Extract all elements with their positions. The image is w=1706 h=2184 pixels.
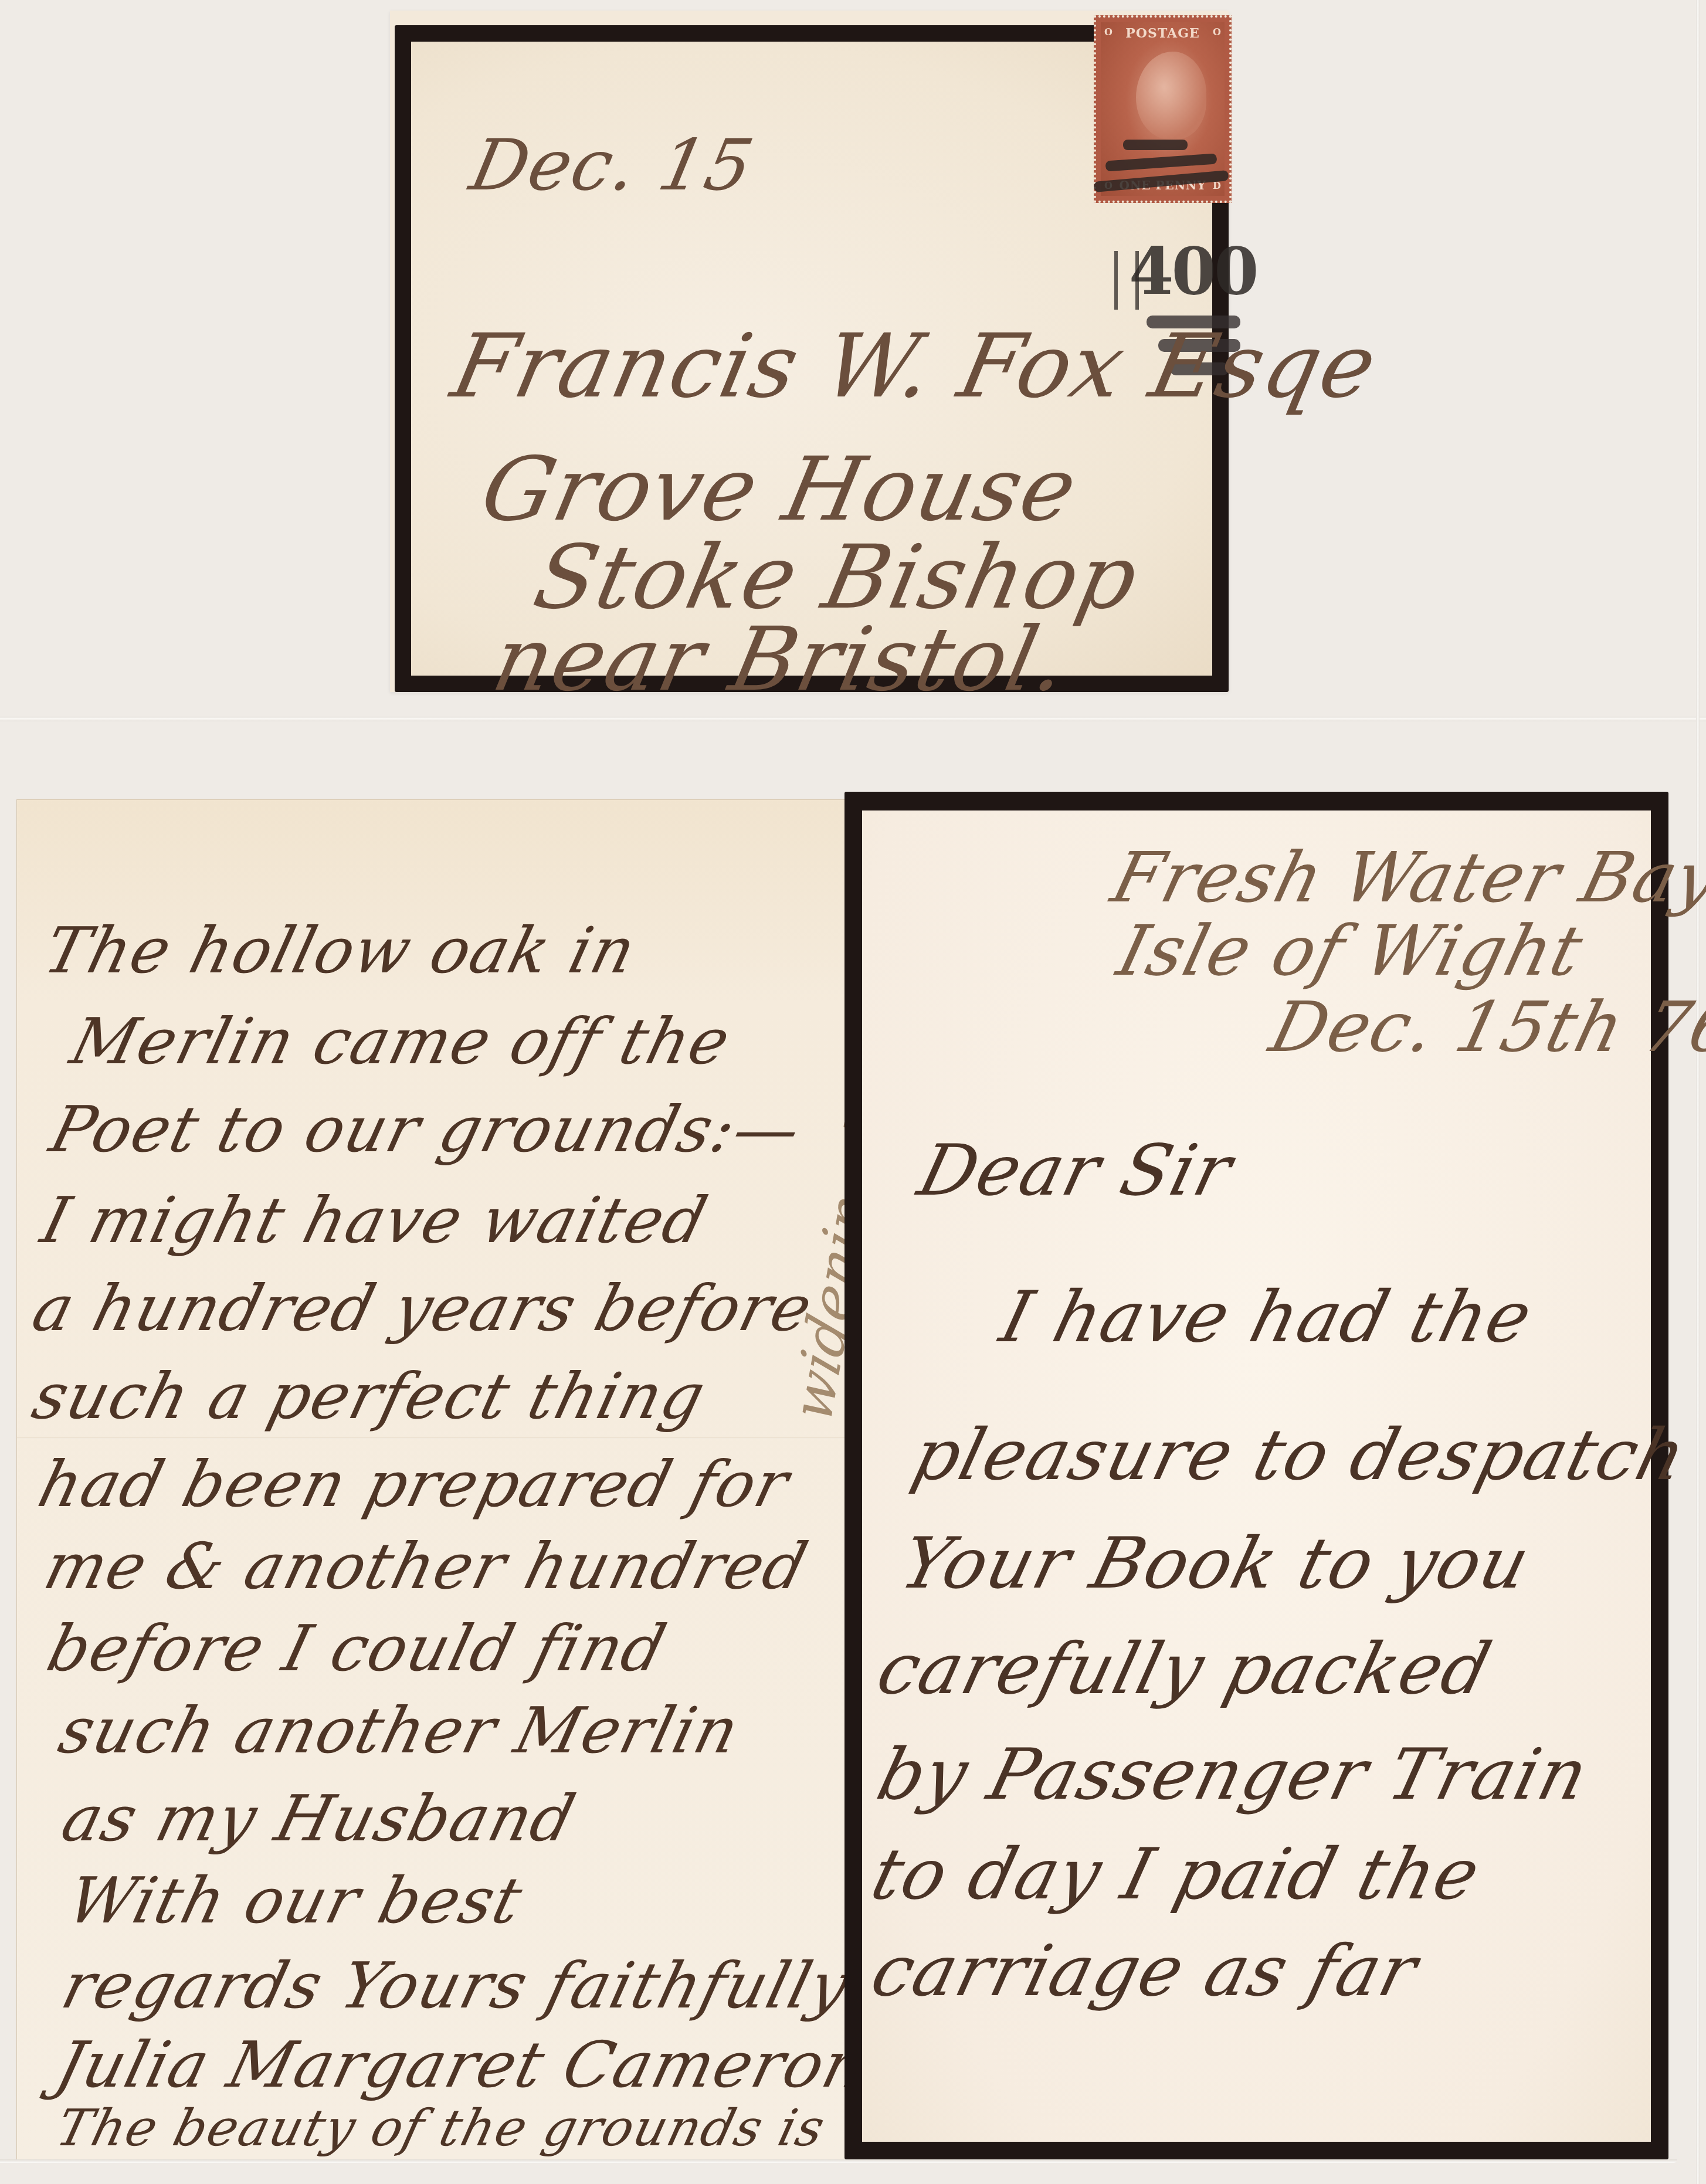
letter-line: before I could find <box>40 1612 673 1686</box>
letter-salutation: Dear Sir <box>911 1130 1241 1212</box>
letter-line: regards Yours faithfully <box>55 1949 857 2023</box>
letter-line: carriage as far <box>864 1931 1426 2012</box>
letter-line: With our best <box>60 1864 530 1938</box>
envelope-address-line: near Bristol. <box>485 609 1077 711</box>
letter-line: I might have waited <box>34 1184 715 1257</box>
letter-line: The hollow oak in <box>37 914 643 988</box>
letter-line: Poet to our grounds:— <box>43 1093 808 1166</box>
postmark-number: 400 <box>1129 233 1257 309</box>
letter-signature: Julia Margaret Cameron <box>49 2029 875 2102</box>
letter-page-right-paper: Fresh Water Bay Isle of Wight Dec. 15th … <box>862 810 1651 2142</box>
stamp-top-label: POSTAGE <box>1101 26 1225 41</box>
letter-line: me & another hundred <box>37 1530 815 1603</box>
letter-postscript: The beauty of the grounds is <box>51 2099 832 2158</box>
page-fold-line <box>17 1437 852 1439</box>
letter-line: to day I paid the <box>864 1834 1488 1915</box>
stamp-corner-letter: O <box>1210 26 1223 39</box>
queen-portrait-icon <box>1136 52 1206 140</box>
sleeve-divider <box>0 717 1706 721</box>
envelope-address-line: Grove House <box>473 439 1086 541</box>
letter-line: such another Merlin <box>52 1694 747 1768</box>
envelope-address-line: Francis W. Fox Esqe <box>444 316 1386 418</box>
letter-line: a hundred years before <box>25 1272 820 1345</box>
envelope-date: Dec. 15 <box>463 125 761 206</box>
sleeve-bottom-edge <box>0 2159 1677 2163</box>
letter-line: had been prepared for <box>31 1448 796 1521</box>
letter-line: as my Husband <box>55 1782 582 1856</box>
letter-line: pleasure to despatch <box>905 1415 1695 1496</box>
letter-date: Dec. 15th 76 — <box>1263 986 1706 1067</box>
letter-line: I have had the <box>993 1277 1541 1358</box>
letter-line: Your Book to you <box>893 1523 1538 1605</box>
stamp-corner-letter: O <box>1102 26 1115 39</box>
sleeve-edge <box>1696 0 1700 2184</box>
mourning-envelope: POSTAGE O O O D ONE PENNY 400 Dec. 15 Fr… <box>390 11 1229 692</box>
letter-line: Merlin came off the <box>63 1005 738 1079</box>
letter-line: carefully packed <box>870 1629 1500 1710</box>
postmark-cancellation-bars <box>1082 140 1229 186</box>
letter-page-right: Fresh Water Bay Isle of Wight Dec. 15th … <box>844 792 1668 2159</box>
letter-line: such a perfect thing <box>25 1360 713 1433</box>
letter-address-line: Isle of Wight <box>1110 910 1592 991</box>
letter-page-left: The hollow oak in Merlin came off the Po… <box>16 799 852 2159</box>
letter-line: by Passenger Train <box>870 1734 1597 1816</box>
letter-address-line: Fresh Water Bay <box>1104 837 1706 918</box>
